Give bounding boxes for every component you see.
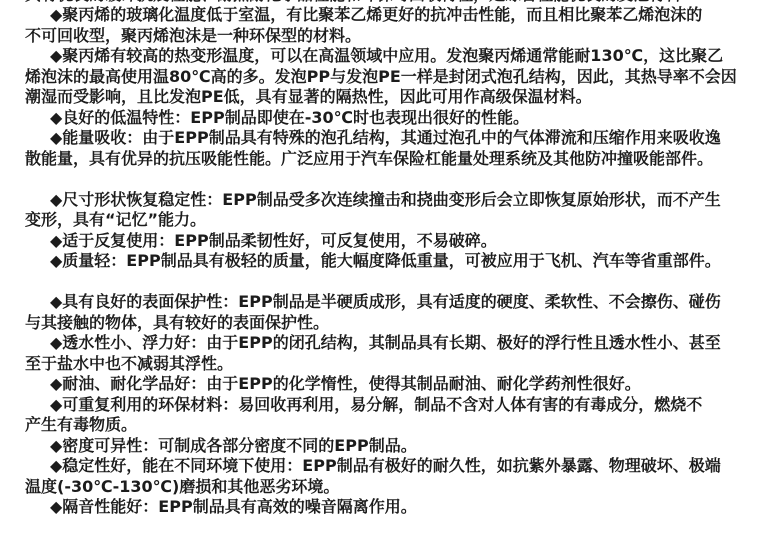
text-line: ◆适于反复使用：EPP制品柔韧性好，可反复使用，不易破碎。 [25,231,753,252]
text-line: ◆可重复利用的环保材料：易回收再利用，易分解，制品不含对人体有害的有毒成分，燃烧… [25,395,753,416]
text-line: 温度(-30℃-130℃)磨损和其他恶劣环境。 [25,477,753,498]
text-line: 不可回收型，聚丙烯泡沫是一种环保型的材料。 [25,26,753,47]
text-line: 烯泡沫的最高使用温80℃高的多。发泡PP与发泡PE一样是封闭式泡孔结构，因此，其… [25,67,753,88]
text-line: ◆良好的低温特性：EPP制品即使在-30℃时也表现出很好的性能。 [25,108,753,129]
text-line: ◆稳定性好，能在不同环境下使用：EPP制品有极好的耐久性，如抗紫外暴露、物理破坏… [25,456,753,477]
text-line: 与其接触的物体，具有较好的表面保护性。 [25,313,753,334]
text-line: ◆聚丙烯有较高的热变形温度，可以在高温领域中应用。发泡聚丙烯通常能耐130℃，这… [25,46,753,67]
text-line: 至于盐水中也不减弱其浮性。 [25,354,753,375]
text-line: ◆具有良好的表面保护性：EPP制品是半硬质成形，具有适度的硬度、柔软性、不会擦伤… [25,292,753,313]
text-line: ◆能量吸收：由于EPP制品具有特殊的泡孔结构，其通过泡孔中的气体滞流和压缩作用来… [25,128,753,149]
text-line: 产生有毒物质。 [25,415,753,436]
text-line: 变形，具有“记忆”能力。 [25,210,753,231]
text-line: 散能量，具有优异的抗压吸能性能。广泛应用于汽车保险杠能量处理系统及其他防冲撞吸能… [25,149,753,170]
text-line: ◆质量轻：EPP制品具有极轻的质量，能大幅度降低重量，可被应用于飞机、汽车等省重… [25,251,753,272]
document-body: ◆聚丙烯的玻璃化温度低于室温，有比聚苯乙烯更好的抗冲击性能，而且相比聚苯乙烯泡沫… [25,5,753,518]
text-line: ◆密度可异性：可制成各部分密度不同的EPP制品。 [25,436,753,457]
text-line: ◆透水性小、浮力好：由于EPP的闭孔结构，其制品具有长期、极好的浮行性且透水性小… [25,333,753,354]
text-line: ◆聚丙烯的玻璃化温度低于室温，有比聚苯乙烯更好的抗冲击性能，而且相比聚苯乙烯泡沫… [25,5,753,26]
text-line: ◆耐油、耐化学品好：由于EPP的化学惰性，使得其制品耐油、耐化学药剂性很好。 [25,374,753,395]
text-line: ◆隔音性能好：EPP制品具有高效的噪音隔离作用。 [25,497,753,518]
document-page: 具有优良的缓冲抗震性能、耐热耐化学品性能和环保可回收特性，是综合性能优良的发泡材… [0,0,757,536]
text-line: ◆尺寸形状恢复稳定性：EPP制品受多次连续撞击和挠曲变形后会立即恢复原始形状，而… [25,190,753,211]
text-line: 潮湿而受影响，且比发泡PE低，具有显著的隔热性，因此可用作高级保温材料。 [25,87,753,108]
